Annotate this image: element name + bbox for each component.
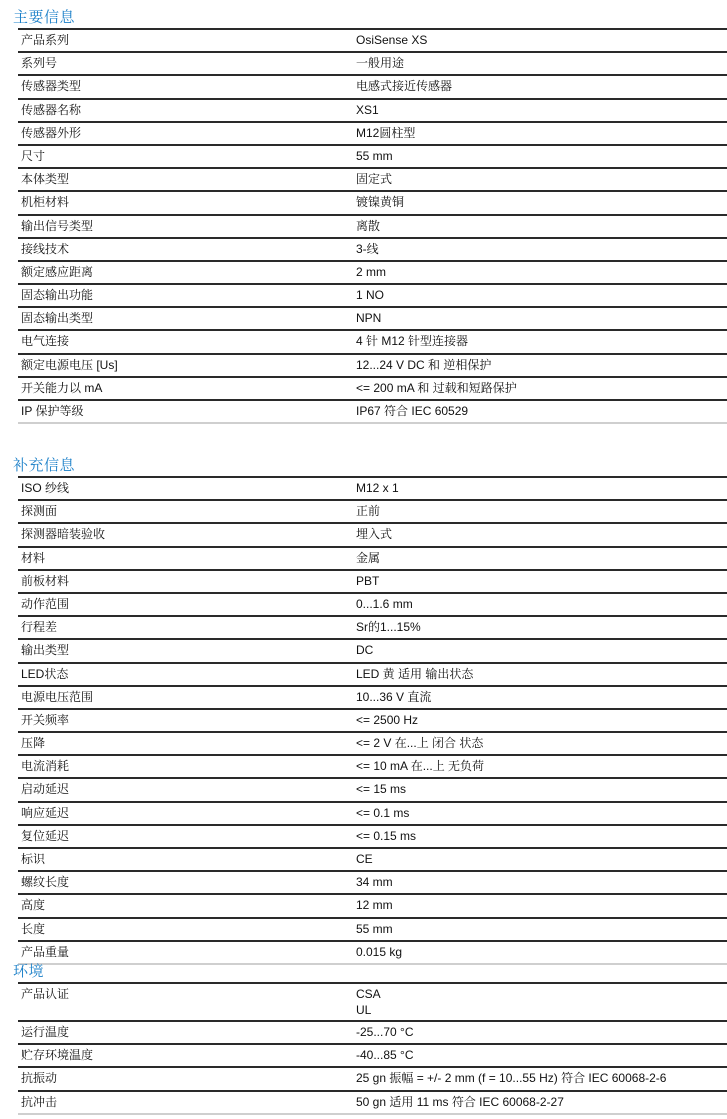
row-value: 正前 [354,501,727,522]
row-label: 标识 [18,849,354,870]
row-value: 2 mm [354,262,727,283]
row-label: 螺纹长度 [18,872,354,893]
table-row: 抗振动25 gn 振幅 = +/- 2 mm (f = 10...55 Hz) … [18,1068,727,1091]
row-value: 50 gn 适用 11 ms 符合 IEC 60068-2-27 [354,1092,727,1113]
row-label: 贮存环境温度 [18,1045,354,1066]
row-value: 0...1.6 mm [354,594,727,615]
row-value: <= 2500 Hz [354,710,727,731]
row-label: 抗振动 [18,1068,354,1089]
row-label: 产品重量 [18,942,354,963]
row-label: 额定电源电压 [Us] [18,355,354,376]
table-row: 电气连接4 针 M12 针型连接器 [18,331,727,354]
row-value: -25...70 °C [354,1022,727,1043]
section-main-info: 主要信息 产品系列OsiSense XS 系列号一般用途 传感器类型电感式接近传… [18,8,727,424]
spec-table: ISO 纱线M12 x 1 探测面正前 探测器暗装验收埋入式 材料金属 前板材料… [18,476,727,965]
row-label: 抗冲击 [18,1092,354,1113]
table-row: 压降<= 2 V 在...上 闭合 状态 [18,733,727,756]
row-label: LED状态 [18,664,354,685]
table-row: 尺寸55 mm [18,146,727,169]
row-label: 传感器名称 [18,100,354,121]
row-value: M12 x 1 [354,478,727,499]
table-row: 固态输出类型NPN [18,308,727,331]
row-value: 3-线 [354,239,727,260]
table-row: 开关频率<= 2500 Hz [18,710,727,733]
row-value: 固定式 [354,169,727,190]
table-row: 产品认证 CSA UL [18,984,727,1022]
row-label: 输出类型 [18,640,354,661]
row-value: <= 200 mA 和 过载和短路保护 [354,378,727,399]
table-row: 探测器暗装验收埋入式 [18,524,727,547]
row-value: <= 0.1 ms [354,803,727,824]
table-row: 启动延迟<= 15 ms [18,779,727,802]
row-label: 探测器暗装验收 [18,524,354,545]
table-row: 输出信号类型离散 [18,216,727,239]
table-row: 行程差Sr的1...15% [18,617,727,640]
row-value: 55 mm [354,919,727,940]
row-label: IP 保护等级 [18,401,354,422]
row-label: 固态输出类型 [18,308,354,329]
row-value: 25 gn 振幅 = +/- 2 mm (f = 10...55 Hz) 符合 … [354,1068,727,1089]
table-row: 固态输出功能1 NO [18,285,727,308]
spec-table: 产品系列OsiSense XS 系列号一般用途 传感器类型电感式接近传感器 传感… [18,28,727,424]
row-value: M12圆柱型 [354,123,727,144]
row-value: <= 15 ms [354,779,727,800]
table-row: 前板材料PBT [18,571,727,594]
row-label: 尺寸 [18,146,354,167]
row-value: 55 mm [354,146,727,167]
spec-table: 产品认证 CSA UL 运行温度-25...70 °C 贮存环境温度-40...… [18,982,727,1115]
row-label: 传感器外形 [18,123,354,144]
table-row: 标识CE [18,849,727,872]
table-row: 产品系列OsiSense XS [18,30,727,53]
row-label: 材料 [18,548,354,569]
row-value: 离散 [354,216,727,237]
table-row: 抗冲击50 gn 适用 11 ms 符合 IEC 60068-2-27 [18,1092,727,1115]
row-label: 电气连接 [18,331,354,352]
table-row: 传感器类型电感式接近传感器 [18,76,727,99]
table-row: 传感器外形M12圆柱型 [18,123,727,146]
table-row: 探测面正前 [18,501,727,524]
table-row: LED状态LED 黄 适用 输出状态 [18,664,727,687]
table-row: 机柜材料镀镍黄铜 [18,192,727,215]
row-label: 长度 [18,919,354,940]
row-value: 金属 [354,548,727,569]
table-row: 动作范围0...1.6 mm [18,594,727,617]
table-row: 额定电源电压 [Us]12...24 V DC 和 逆相保护 [18,355,727,378]
section-title: 补充信息 [13,456,727,476]
row-value: 34 mm [354,872,727,893]
certification-value: CSA [356,986,727,1002]
table-row: IP 保护等级IP67 符合 IEC 60529 [18,401,727,424]
table-row: 系列号一般用途 [18,53,727,76]
row-label: 输出信号类型 [18,216,354,237]
row-label: 响应延迟 [18,803,354,824]
table-row: 开关能力以 mA<= 200 mA 和 过载和短路保护 [18,378,727,401]
row-value: 10...36 V 直流 [354,687,727,708]
row-value: 12...24 V DC 和 逆相保护 [354,355,727,376]
row-value: <= 10 mA 在...上 无负荷 [354,756,727,777]
row-value: DC [354,640,727,661]
row-value: OsiSense XS [354,30,727,51]
table-row: 响应延迟<= 0.1 ms [18,803,727,826]
table-row: 运行温度-25...70 °C [18,1022,727,1045]
section-title: 主要信息 [13,8,727,28]
row-value: 电感式接近传感器 [354,76,727,97]
row-label: 开关能力以 mA [18,378,354,399]
row-label: 探测面 [18,501,354,522]
row-value: Sr的1...15% [354,617,727,638]
row-value: 镀镍黄铜 [354,192,727,213]
row-value: -40...85 °C [354,1045,727,1066]
row-label: 行程差 [18,617,354,638]
table-row: 传感器名称XS1 [18,100,727,123]
row-value: CSA UL [354,984,727,1020]
row-value: <= 2 V 在...上 闭合 状态 [354,733,727,754]
table-row: 贮存环境温度-40...85 °C [18,1045,727,1068]
table-row: 材料金属 [18,548,727,571]
row-label: 额定感应距离 [18,262,354,283]
table-row: 长度55 mm [18,919,727,942]
row-label: 开关频率 [18,710,354,731]
table-row: 本体类型固定式 [18,169,727,192]
table-row: 接线技术3-线 [18,239,727,262]
row-label: 前板材料 [18,571,354,592]
row-label: 系列号 [18,53,354,74]
row-value: 0.015 kg [354,942,727,963]
row-label: ISO 纱线 [18,478,354,499]
table-row: 额定感应距离2 mm [18,262,727,285]
row-label: 本体类型 [18,169,354,190]
row-label: 传感器类型 [18,76,354,97]
row-value: 一般用途 [354,53,727,74]
table-row: 螺纹长度34 mm [18,872,727,895]
row-label: 动作范围 [18,594,354,615]
row-label: 压降 [18,733,354,754]
row-label: 产品认证 [18,984,354,1020]
section-title: 环境 [13,962,727,982]
table-row: 电流消耗<= 10 mA 在...上 无负荷 [18,756,727,779]
row-label: 复位延迟 [18,826,354,847]
table-row: 电源电压范围10...36 V 直流 [18,687,727,710]
row-label: 运行温度 [18,1022,354,1043]
table-row: 高度12 mm [18,895,727,918]
row-value: CE [354,849,727,870]
row-label: 高度 [18,895,354,916]
row-value: <= 0.15 ms [354,826,727,847]
row-value: LED 黄 适用 输出状态 [354,664,727,685]
section-supplementary-info: 补充信息 ISO 纱线M12 x 1 探测面正前 探测器暗装验收埋入式 材料金属… [18,456,727,965]
row-label: 电流消耗 [18,756,354,777]
row-value: 12 mm [354,895,727,916]
row-label: 电源电压范围 [18,687,354,708]
table-row: 复位延迟<= 0.15 ms [18,826,727,849]
row-value: XS1 [354,100,727,121]
section-environment: 环境 产品认证 CSA UL 运行温度-25...70 °C 贮存环境温度-40… [18,962,727,1115]
row-value: 4 针 M12 针型连接器 [354,331,727,352]
row-label: 启动延迟 [18,779,354,800]
row-label: 接线技术 [18,239,354,260]
table-row: 输出类型DC [18,640,727,663]
row-value: 1 NO [354,285,727,306]
row-label: 固态输出功能 [18,285,354,306]
row-value: IP67 符合 IEC 60529 [354,401,727,422]
row-label: 机柜材料 [18,192,354,213]
certification-value: UL [356,1002,727,1018]
row-value: NPN [354,308,727,329]
row-label: 产品系列 [18,30,354,51]
row-value: PBT [354,571,727,592]
table-row: ISO 纱线M12 x 1 [18,478,727,501]
row-value: 埋入式 [354,524,727,545]
